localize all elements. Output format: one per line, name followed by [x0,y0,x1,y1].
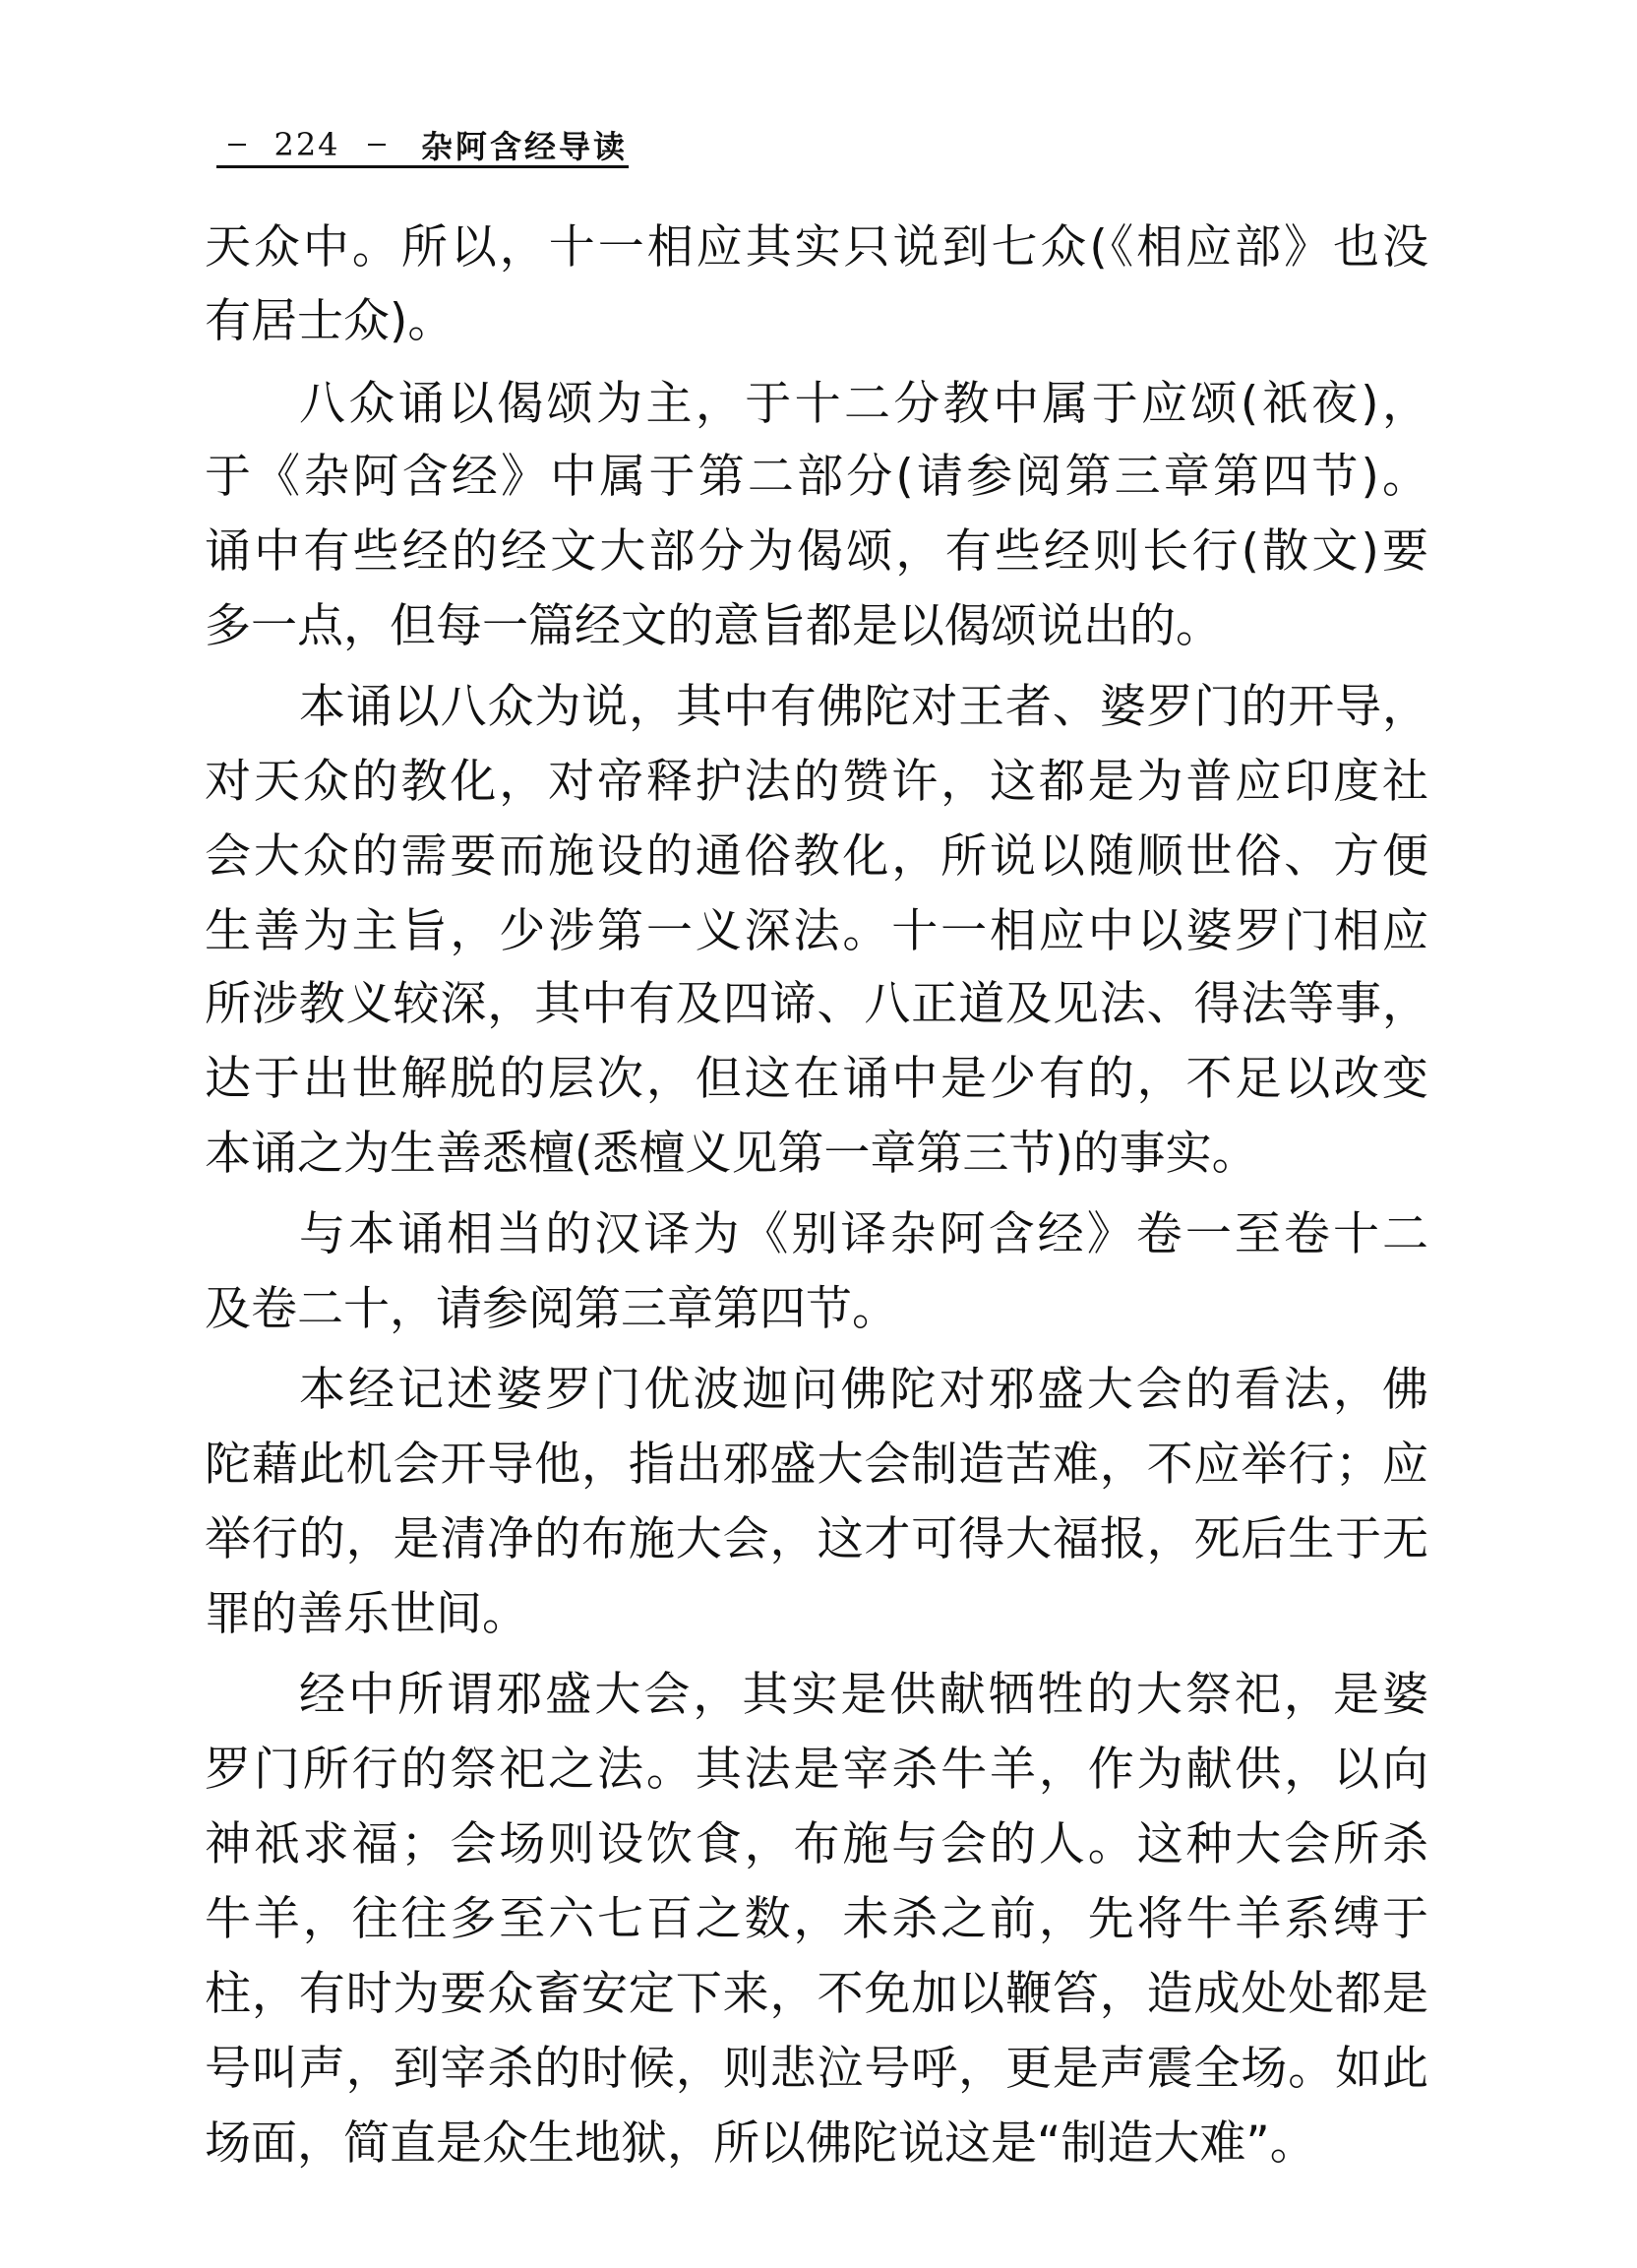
text-line: 本诵之为生善悉檀(悉檀义见第一章第三节)的事实。 [205,1119,1428,1190]
text-line: 于《杂阿含经》中属于第二部分(请参阅第三章第四节)。 [205,442,1428,513]
text-line: 罪的善乐世间。 [205,1579,1428,1650]
paragraph-first-line: 本诵以八众为说，其中有佛陀对王者、婆罗门的开导， [299,672,1428,743]
text-line: 举行的，是清净的布施大会，这才可得大福报，死后生于无 [205,1504,1428,1575]
text-line: 罗门所行的祭祀之法。其法是宰杀牛羊，作为献供，以向 [205,1735,1428,1806]
page-number: 224 [273,126,339,163]
header-dash-left [228,144,246,146]
text-line: 场面，简直是众生地狱，所以佛陀说这是“制造大难”。 [205,2109,1428,2179]
paragraph-first-line: 与本诵相当的汉译为《别译杂阿含经》卷一至卷十二 [299,1199,1428,1270]
header-rule [216,165,629,168]
text-line: 生善为主旨，少涉第一义深法。十一相应中以婆罗门相应 [205,896,1428,967]
text-line: 号叫声，到宰杀的时候，则悲泣号呼，更是声震全场。如此 [205,2034,1428,2105]
text-line: 牛羊，往往多至六七百之数，未杀之前，先将牛羊系缚于 [205,1884,1428,1955]
text-line: 柱，有时为要众畜安定下来，不免加以鞭笞，造成处处都是 [205,1959,1428,2030]
text-line: 诵中有些经的经文大部分为偈颂，有些经则长行(散文)要 [205,517,1428,587]
text-line: 会大众的需要而施设的通俗教化，所说以随顺世俗、方便 [205,822,1428,892]
text-line: 达于出世解脱的层次，但这在诵中是少有的，不足以改变 [205,1044,1428,1115]
text-line: 神祇求福；会场则设饮食，布施与会的人。这种大会所杀 [205,1809,1428,1880]
text-line: 所涉教义较深，其中有及四谛、八正道及见法、得法等事， [205,969,1428,1040]
running-header: 224 杂阿含经导读 [214,122,628,167]
text-line: 对天众的教化，对帝释护法的赞许，这都是为普应印度社 [205,747,1428,818]
book-page: 224 杂阿含经导读 天众中。所以，十一相应其实只说到七众(《相应部》也没有居士… [0,0,1637,2268]
header-dash-right [368,144,386,146]
paragraph-first-line: 经中所谓邪盛大会，其实是供献牺牲的大祭祀，是婆 [299,1660,1428,1731]
text-line: 多一点，但每一篇经文的意旨都是以偈颂说出的。 [205,591,1428,662]
book-title: 杂阿含经导读 [421,122,628,167]
paragraph-first-line: 本经记述婆罗门优波迦问佛陀对邪盛大会的看法，佛 [299,1355,1428,1426]
paragraph-first-line: 八众诵以偈颂为主，于十二分教中属于应颂(祇夜)， [299,369,1428,440]
text-line: 有居士众)。 [205,286,1428,357]
text-line: 天众中。所以，十一相应其实只说到七众(《相应部》也没 [205,213,1428,283]
text-line: 陀藉此机会开导他，指出邪盛大会制造苦难，不应举行；应 [205,1430,1428,1501]
text-line: 及卷二十，请参阅第三章第四节。 [205,1274,1428,1345]
